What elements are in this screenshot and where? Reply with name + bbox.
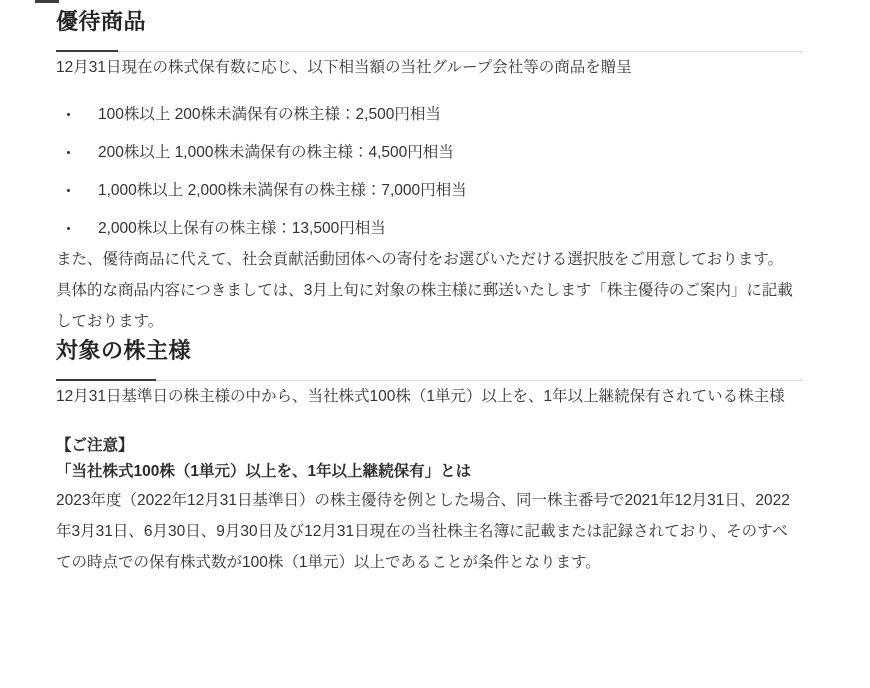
caution-title: 「当社株式100株（1単元）以上を、1年以上継続保有」とは [56, 459, 803, 485]
section-divider [56, 51, 803, 52]
bullet-icon [67, 137, 98, 168]
shareholder-benefit-page: 優待商品 12月31日現在の株式保有数に応じ、以下相当額の当社グループ会社等の商… [0, 0, 870, 578]
list-item: 200株以上 1,000株未満保有の株主様：4,500円相当 [56, 137, 803, 168]
list-item-text: 100株以上 200株未満保有の株主様：2,500円相当 [98, 99, 441, 130]
list-item-text: 2,000株以上保有の株主様：13,500円相当 [98, 213, 386, 244]
benefit-tier-list: 100株以上 200株未満保有の株主様：2,500円相当 200株以上 1,00… [56, 99, 803, 244]
caution-label: 【ご注意】 [56, 433, 803, 459]
list-item: 100株以上 200株未満保有の株主様：2,500円相当 [56, 99, 803, 130]
section-divider [56, 380, 803, 381]
donation-option-text: また、優待商品に代えて、社会貢献活動団体への寄付をお選びいただける選択肢をご用意… [56, 244, 803, 275]
section-eligible-shareholders: 対象の株主様 12月31日基準日の株主様の中から、当社株式100株（1単元）以上… [56, 337, 803, 578]
list-item: 2,000株以上保有の株主様：13,500円相当 [56, 213, 803, 244]
section-title-eligible-shareholders: 対象の株主様 [56, 337, 803, 365]
list-item: 1,000株以上 2,000株未満保有の株主様：7,000円相当 [56, 175, 803, 206]
list-item-text: 200株以上 1,000株未満保有の株主様：4,500円相当 [98, 137, 454, 168]
caution-block: 【ご注意】 「当社株式100株（1単元）以上を、1年以上継続保有」とは [56, 433, 803, 485]
bullet-icon [67, 175, 98, 206]
caution-body-text: 2023年度（2022年12月31日基準日）の株主優待を例とした場合、同一株主番… [56, 485, 803, 578]
section-benefit-products: 優待商品 12月31日現在の株式保有数に応じ、以下相当額の当社グループ会社等の商… [56, 8, 803, 337]
eligibility-intro-text: 12月31日基準日の株主様の中から、当社株式100株（1単元）以上を、1年以上継… [56, 381, 803, 412]
cropped-rule-fragment [35, 0, 59, 3]
list-item-text: 1,000株以上 2,000株未満保有の株主様：7,000円相当 [98, 175, 467, 206]
benefit-intro-text: 12月31日現在の株式保有数に応じ、以下相当額の当社グループ会社等の商品を贈呈 [56, 52, 803, 83]
bullet-icon [67, 99, 98, 130]
detail-mailing-text: 具体的な商品内容につきましては、3月上旬に対象の株主様に郵送いたします「株主優待… [56, 275, 803, 337]
bullet-icon [67, 213, 98, 244]
section-title-benefit-products: 優待商品 [56, 8, 803, 36]
